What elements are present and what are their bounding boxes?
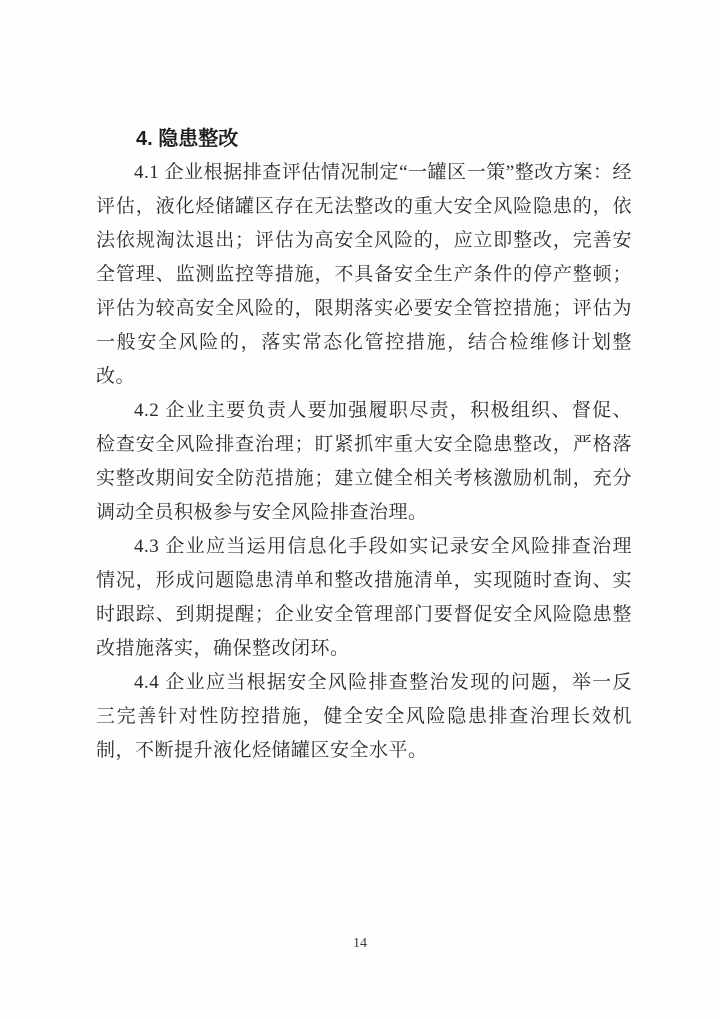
page-number: 14 bbox=[0, 936, 720, 952]
paragraph-4-1: 4.1 企业根据排查评估情况制定“一罐区一策”整改方案：经评估，液化烃储罐区存在… bbox=[96, 156, 632, 394]
paragraph-4-4: 4.4 企业应当根据安全风险排查整治发现的问题，举一反三完善针对性防控措施，健全… bbox=[96, 666, 632, 768]
document-body: 4. 隐患整改 4.1 企业根据排查评估情况制定“一罐区一策”整改方案：经评估，… bbox=[96, 122, 632, 768]
paragraph-4-2: 4.2 企业主要负责人要加强履职尽责，积极组织、督促、检查安全风险排查治理；盯紧… bbox=[96, 394, 632, 530]
paragraph-4-3: 4.3 企业应当运用信息化手段如实记录安全风险排查治理情况，形成问题隐患清单和整… bbox=[96, 530, 632, 666]
section-heading: 4. 隐患整改 bbox=[96, 122, 632, 156]
document-page: 4. 隐患整改 4.1 企业根据排查评估情况制定“一罐区一策”整改方案：经评估，… bbox=[0, 0, 720, 1019]
